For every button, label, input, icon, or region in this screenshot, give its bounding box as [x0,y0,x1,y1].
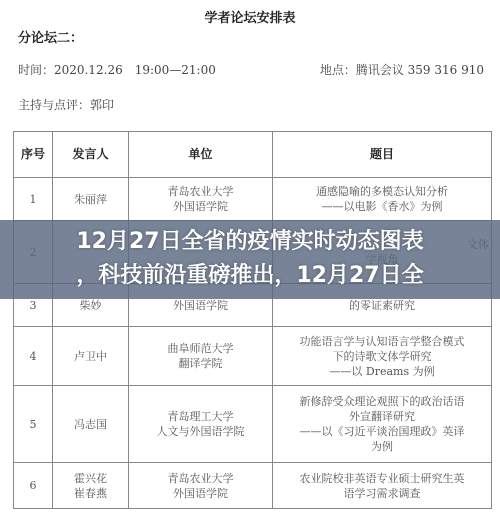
unit-line: 青岛农业大学 [131,184,270,199]
unit-line: 青岛农业大学 [131,471,270,486]
document-title: 学者论坛安排表 [0,7,500,26]
cell-speaker: 冯志国 [53,386,129,463]
cell-unit: 曲阜师范大学翻译学院 [129,327,273,386]
meeting-host: 主持与点评：郭印 [18,96,114,113]
speaker-name: 崔春燕 [55,486,126,501]
cell-unit: 青岛农业大学外国语学院 [129,463,273,509]
table-row: 4 卢卫中 曲阜师范大学翻译学院 功能语言学与认知语言学整合模式下的诗歌文体学研… [14,327,492,386]
unit-line: 外国语学院 [131,486,270,501]
cell-speaker: 卢卫中 [53,327,129,386]
speaker-name: 朱丽萍 [55,192,126,207]
title-line: ——以《习近平谈治国理政》英译 [275,424,489,439]
cell-unit: 青岛理工大学人文与外国语学院 [129,386,273,463]
title-line: ——以 Dreams 为例 [275,364,489,379]
cell-title: 农业院校非英语专业硕士研究生英语学习需求调查 [273,463,492,509]
title-line: 的零证素研究 [275,298,489,313]
headline-overlay: 12月27日全省的疫情实时动态图表 ，科技前沿重磅推出，12月27日全 [0,225,500,293]
table-row: 1 朱丽萍 青岛农业大学外国语学院 通感隐喻的多模态认知分析——以电影《香水》为… [14,178,492,221]
unit-line: 翻译学院 [131,356,270,371]
cell-no: 5 [14,386,53,463]
speaker-name: 霍兴花 [55,471,126,486]
unit-line: 人文与外国语学院 [131,424,270,439]
schedule-table: 序号 发言人 单位 题目 1 朱丽萍 青岛农业大学外国语学院 通感隐喻的多模态认… [13,131,492,509]
cell-title: 功能语言学与认知语言学整合模式下的诗歌文体学研究——以 Dreams 为例 [273,327,492,386]
forum-name: 分论坛二： [18,27,83,46]
unit-line: 青岛理工大学 [131,409,270,424]
cell-no: 4 [14,327,53,386]
table-row: 5 冯志国 青岛理工大学人文与外国语学院 新修辞受众理论观照下的政治话语外宣翻译… [14,386,492,463]
title-line: 下的诗歌文体学研究 [275,349,489,364]
header-no: 序号 [14,132,53,178]
speaker-name: 冯志国 [55,417,126,432]
header-speaker: 发言人 [53,132,129,178]
header-title: 题目 [273,132,492,178]
unit-line: 曲阜师范大学 [131,341,270,356]
title-line: 外宣翻译研究 [275,409,489,424]
cell-no: 1 [14,178,53,221]
table-row: 6 霍兴花崔春燕 青岛农业大学外国语学院 农业院校非英语专业硕士研究生英语学习需… [14,463,492,509]
title-line: 功能语言学与认知语言学整合模式 [275,334,489,349]
cell-title: 新修辞受众理论观照下的政治话语外宣翻译研究——以《习近平谈治国理政》英译为例 [273,386,492,463]
title-line: 为例 [275,439,489,454]
meeting-place: 地点：腾讯会议 359 316 910 [320,61,484,78]
speaker-name: 柴妙 [55,298,126,313]
cell-title: 通感隐喻的多模态认知分析——以电影《香水》为例 [273,178,492,221]
title-line: 农业院校非英语专业硕士研究生英 [275,471,489,486]
headline-line-2: ，科技前沿重磅推出，12月27日全 [0,259,500,293]
cell-speaker: 霍兴花崔春燕 [53,463,129,509]
table-header-row: 序号 发言人 单位 题目 [14,132,492,178]
cell-no: 6 [14,463,53,509]
meeting-time: 时间：2020.12.26 19:00—21:00 [18,61,216,78]
title-line: 语学习需求调查 [275,486,489,501]
unit-line: 外国语学院 [131,199,270,214]
title-line: 通感隐喻的多模态认知分析 [275,184,489,199]
speaker-name: 卢卫中 [55,349,126,364]
title-line: ——以电影《香水》为例 [275,199,489,214]
headline-line-1: 12月27日全省的疫情实时动态图表 [0,225,500,259]
header-unit: 单位 [129,132,273,178]
title-line: 新修辞受众理论观照下的政治话语 [275,394,489,409]
unit-line: 外国语学院 [131,298,270,313]
cell-speaker: 朱丽萍 [53,178,129,221]
cell-unit: 青岛农业大学外国语学院 [129,178,273,221]
